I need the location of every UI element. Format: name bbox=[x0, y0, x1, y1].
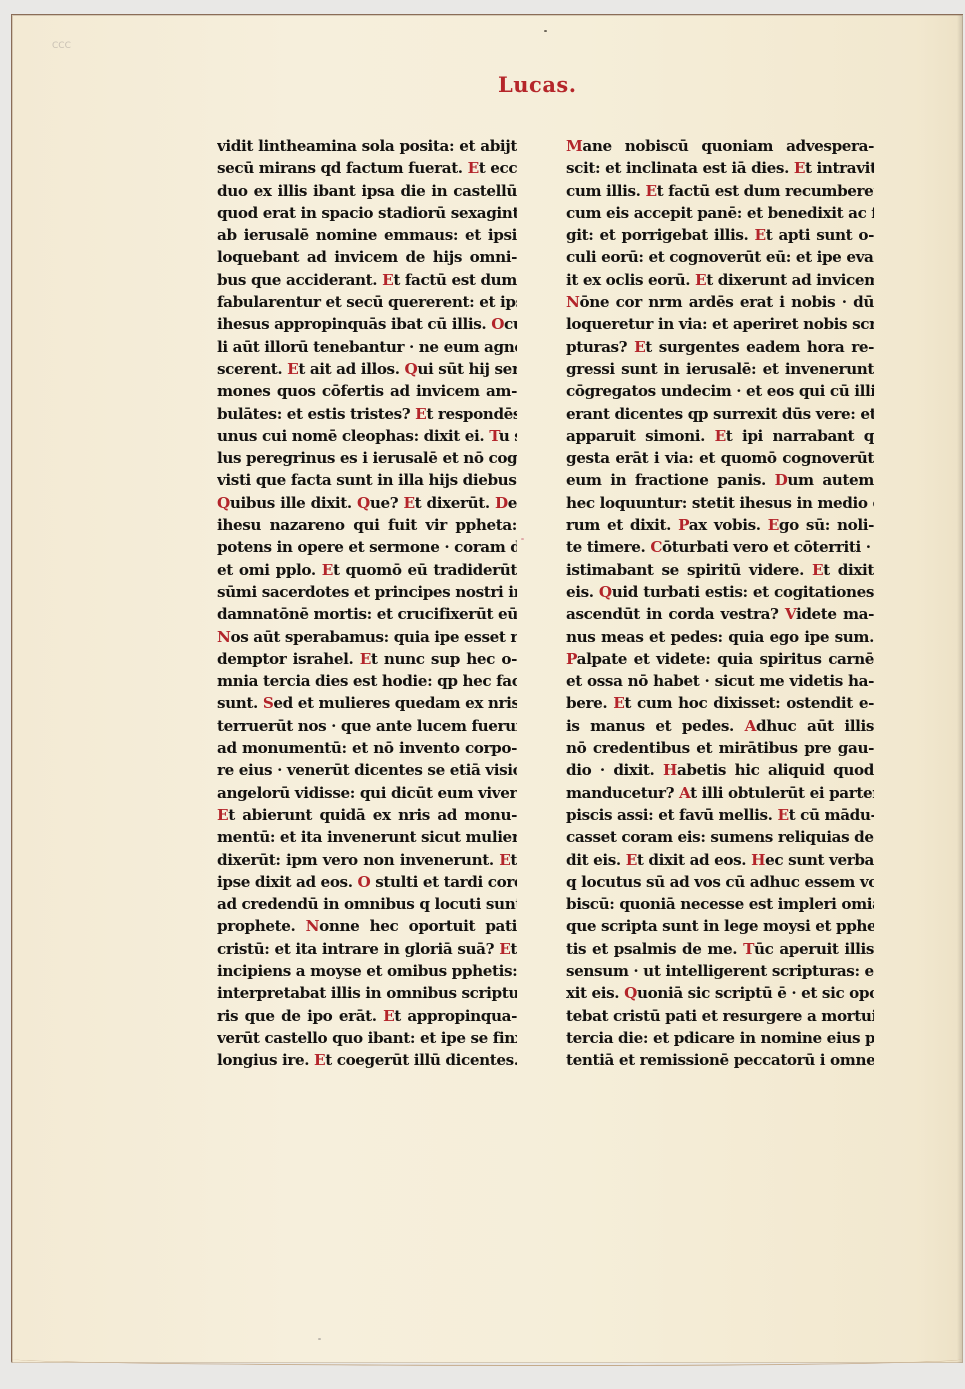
text-line: bere. Et cum hoc dixisset: ostendit e- bbox=[566, 692, 874, 714]
rubricated-initial: E bbox=[634, 338, 645, 356]
text-line: tis et psalmis de me. Tūc aperuit illis bbox=[566, 938, 874, 960]
text-line: git: et porrigebat illis. Et apti sunt o… bbox=[566, 224, 874, 246]
rubricated-initial: D bbox=[775, 471, 788, 489]
text-line: te timere. Cōturbati vero et cōterriti ·… bbox=[566, 536, 874, 558]
text-line: ad credendū in omnibus q locuti sunt bbox=[217, 893, 517, 915]
text-line: sensum · ut intelligerent scripturas: et… bbox=[566, 960, 874, 982]
rubricated-initial: Q bbox=[624, 984, 637, 1002]
text-line: ad monumentū: et nō invento corpo- bbox=[217, 737, 517, 759]
rubricated-initial: E bbox=[645, 182, 656, 200]
text-line: vidit lintheamina sola posita: et abijt bbox=[217, 135, 517, 157]
text-line: bulātes: et estis tristes? Et respondēs bbox=[217, 403, 517, 425]
text-line: terruerūt nos · que ante lucem fuerunt bbox=[217, 715, 517, 737]
text-line: dio · dixit. Habetis hic aliquid quod bbox=[566, 759, 874, 781]
rubricated-initial: E bbox=[695, 271, 706, 289]
text-line: xit eis. Quoniā sic scriptū ē · et sic o… bbox=[566, 982, 874, 1004]
text-line: eum in fractione panis. Dum autem bbox=[566, 469, 874, 491]
rubricated-initial: E bbox=[468, 159, 479, 177]
text-line: tebat cristū pati et resurgere a mortuis bbox=[566, 1005, 874, 1027]
text-line: angelorū vidisse: qui dicūt eum vivere. bbox=[217, 782, 517, 804]
text-line: culi eorū: et cognoverūt eū: et ipe evan… bbox=[566, 246, 874, 268]
rubricated-initial: T bbox=[489, 427, 499, 445]
text-line: rum et dixit. Pax vobis. Ego sū: noli- bbox=[566, 514, 874, 536]
text-line: visti que facta sunt in illa hijs diebus… bbox=[217, 469, 517, 491]
text-line: scerent. Et ait ad illos. Qui sūt hij se… bbox=[217, 358, 517, 380]
text-line: cōgregatos undecim · et eos qui cū illis bbox=[566, 380, 874, 402]
ink-speck bbox=[318, 1338, 321, 1340]
text-line: mnia tercia dies est hodie: qp hec facta bbox=[217, 670, 517, 692]
text-line: ris que de ipo erāt. Et appropinqua- bbox=[217, 1005, 517, 1027]
text-line: duo ex illis ibant ipsa die in castellū bbox=[217, 180, 517, 202]
rubricated-initial: O bbox=[357, 873, 370, 891]
text-line: cum illis. Et factū est dum recumberet bbox=[566, 180, 874, 202]
text-column-right: Mane nobiscū quoniam advespera-scit: et … bbox=[566, 135, 874, 1071]
rubricated-initial: E bbox=[403, 494, 414, 512]
text-line: is manus et pedes. Adhuc aūt illis bbox=[566, 715, 874, 737]
rubricated-initial: Q bbox=[357, 494, 370, 512]
rubricated-initial: H bbox=[751, 851, 765, 869]
text-line: eis. Quid turbati estis: et cogitationes bbox=[566, 581, 874, 603]
rubricated-initial: E bbox=[812, 561, 823, 579]
text-line: fabularentur et secū quererent: et ipse bbox=[217, 291, 517, 313]
text-line: gressi sunt in ierusalē: et invenerunt bbox=[566, 358, 874, 380]
text-line: ihesu nazareno qui fuit vir ppheta: bbox=[217, 514, 517, 536]
text-line: interpretabat illis in omnibus scriptu- bbox=[217, 982, 517, 1004]
text-line: secū mirans qd factum fuerat. Et ecce bbox=[217, 157, 517, 179]
text-line: nō credentibus et mirātibus pre gau- bbox=[566, 737, 874, 759]
text-line: bus que acciderant. Et factū est dum bbox=[217, 269, 517, 291]
text-line: tercia die: et pdicare in nomine eius pe… bbox=[566, 1027, 874, 1049]
rubricated-initial: Q bbox=[405, 360, 418, 378]
text-line: pturas? Et surgentes eadem hora re- bbox=[566, 336, 874, 358]
text-line: casset coram eis: sumens reliquias de- bbox=[566, 826, 874, 848]
rubricated-initial: E bbox=[322, 561, 333, 579]
text-line: dixerūt: ipm vero non invenerunt. Et bbox=[217, 849, 517, 871]
text-line: Nōne cor nrm ardēs erat i nobis · dū bbox=[566, 291, 874, 313]
text-line: et ossa nō habet · sicut me videtis ha- bbox=[566, 670, 874, 692]
text-line: loquebant ad invicem de hijs omni- bbox=[217, 246, 517, 268]
folio-mark: CCC bbox=[52, 41, 71, 51]
rubricated-initial: H bbox=[663, 761, 677, 779]
text-line: cum eis accepit panē: et benedixit ac fr… bbox=[566, 202, 874, 224]
running-head: Lucas. bbox=[498, 72, 577, 97]
text-line: li aūt illorū tenebantur · ne eum agno- bbox=[217, 336, 517, 358]
text-line: dit eis. Et dixit ad eos. Hec sunt verba bbox=[566, 849, 874, 871]
rubricated-initial: E bbox=[314, 1051, 325, 1069]
rubricated-initial: E bbox=[777, 806, 788, 824]
text-line: sunt. Sed et mulieres quedam ex nris bbox=[217, 692, 517, 714]
ink-speck bbox=[544, 30, 547, 32]
rubricated-initial: P bbox=[678, 516, 689, 534]
text-line: demptor israhel. Et nunc sup hec o- bbox=[217, 648, 517, 670]
rubricated-initial: E bbox=[383, 1007, 394, 1025]
rubricated-initial: N bbox=[217, 628, 230, 646]
rubricated-initial: T bbox=[743, 940, 754, 958]
text-line: biscū: quoniā necesse est impleri omia bbox=[566, 893, 874, 915]
text-line: Palpate et videte: quia spiritus carnē bbox=[566, 648, 874, 670]
rubricated-initial: E bbox=[755, 226, 766, 244]
page-edge-shadow bbox=[957, 15, 963, 1363]
text-line: damnatōnē mortis: et crucifixerūt eū. bbox=[217, 603, 517, 625]
text-line: loqueretur in via: et aperiret nobis scr… bbox=[566, 313, 874, 335]
text-line: istimabant se spiritū videre. Et dixit bbox=[566, 559, 874, 581]
text-line: hec loquuntur: stetit ihesus in medio eo… bbox=[566, 492, 874, 514]
rubricated-initial: E bbox=[360, 650, 371, 668]
text-line: ihesus appropinquās ibat cū illis. Ocu- bbox=[217, 313, 517, 335]
text-line: incipiens a moyse et omibus pphetis: bbox=[217, 960, 517, 982]
rubricated-initial: E bbox=[626, 851, 637, 869]
text-line: erant dicentes qp surrexit dūs vere: et bbox=[566, 403, 874, 425]
rubricated-initial: E bbox=[415, 405, 426, 423]
text-line: Nos aūt sperabamus: quia ipe esset re- bbox=[217, 626, 517, 648]
rubricated-initial: D bbox=[495, 494, 508, 512]
rubricated-initial: V bbox=[785, 605, 796, 623]
rubricated-initial: E bbox=[499, 851, 510, 869]
text-line: ab ierusalē nomine emmaus: et ipsi bbox=[217, 224, 517, 246]
text-line: tentiā et remissionē peccatorū i omnes bbox=[566, 1049, 874, 1071]
text-line: prophete. Nonne hec oportuit pati bbox=[217, 915, 517, 937]
text-line: potens in opere et sermone · coram deo bbox=[217, 536, 517, 558]
text-line: q locutus sū ad vos cū adhuc essem vo- bbox=[566, 871, 874, 893]
text-line: lus peregrinus es i ierusalē et nō cogno… bbox=[217, 447, 517, 469]
text-line: Quibus ille dixit. Que? Et dixerūt. De bbox=[217, 492, 517, 514]
rubricated-initial: E bbox=[613, 694, 624, 712]
rubricated-initial: E bbox=[287, 360, 298, 378]
text-line: sūmi sacerdotes et principes nostri in bbox=[217, 581, 517, 603]
text-line: quod erat in spacio stadiorū sexaginta bbox=[217, 202, 517, 224]
rubricated-initial: E bbox=[715, 427, 726, 445]
text-line: verūt castello quo ibant: et ipe se finx… bbox=[217, 1027, 517, 1049]
text-line: manducetur? At illi obtulerūt ei partem bbox=[566, 782, 874, 804]
rubricated-initial: Q bbox=[599, 583, 612, 601]
rubricated-initial: N bbox=[566, 293, 579, 311]
rubricated-initial: E bbox=[499, 940, 510, 958]
rubricated-initial: A bbox=[679, 784, 690, 802]
rubricated-initial: E bbox=[217, 806, 228, 824]
text-line: re eius · venerūt dicentes se etiā visio… bbox=[217, 759, 517, 781]
rubricated-initial: C bbox=[650, 538, 662, 556]
text-line: Mane nobiscū quoniam advespera- bbox=[566, 135, 874, 157]
ink-speck bbox=[521, 538, 524, 540]
rubricated-initial: E bbox=[794, 159, 805, 177]
text-line: gesta erāt i via: et quomō cognoverūt bbox=[566, 447, 874, 469]
text-line: que scripta sunt in lege moysi et pphe- bbox=[566, 915, 874, 937]
text-line: apparuit simoni. Et ipi narrabant q bbox=[566, 425, 874, 447]
text-line: it ex oclis eorū. Et dixerunt ad invicem… bbox=[566, 269, 874, 291]
rubricated-initial: P bbox=[566, 650, 577, 668]
text-line: Et abierunt quidā ex nris ad monu- bbox=[217, 804, 517, 826]
rubricated-initial: Q bbox=[217, 494, 230, 512]
text-line: mentū: et ita invenerunt sicut mulieres bbox=[217, 826, 517, 848]
text-line: ascendūt in corda vestra? Videte ma- bbox=[566, 603, 874, 625]
rubricated-initial: S bbox=[263, 694, 274, 712]
text-line: scit: et inclinata est iā dies. Et intra… bbox=[566, 157, 874, 179]
text-line: cristū: et ita intrare in gloriā suā? Et bbox=[217, 938, 517, 960]
rubricated-initial: M bbox=[566, 137, 582, 155]
rubricated-initial: O bbox=[491, 315, 504, 333]
rubricated-initial: E bbox=[768, 516, 779, 534]
rubricated-initial: E bbox=[382, 271, 393, 289]
text-line: unus cui nomē cleophas: dixit ei. Tu so- bbox=[217, 425, 517, 447]
text-line: ipse dixit ad eos. O stulti et tardi cor… bbox=[217, 871, 517, 893]
rubricated-initial: A bbox=[745, 717, 756, 735]
text-line: mones quos cōfertis ad invicem am- bbox=[217, 380, 517, 402]
text-line: piscis assi: et favū mellis. Et cū mādu- bbox=[566, 804, 874, 826]
text-line: longius ire. Et coegerūt illū dicentes. bbox=[217, 1049, 517, 1071]
text-line: et omi pplo. Et quomō eū tradiderūt bbox=[217, 559, 517, 581]
text-line: nus meas et pedes: quia ego ipe sum. bbox=[566, 626, 874, 648]
text-column-left: vidit lintheamina sola posita: et abijts… bbox=[217, 135, 517, 1071]
rubricated-initial: N bbox=[306, 917, 319, 935]
